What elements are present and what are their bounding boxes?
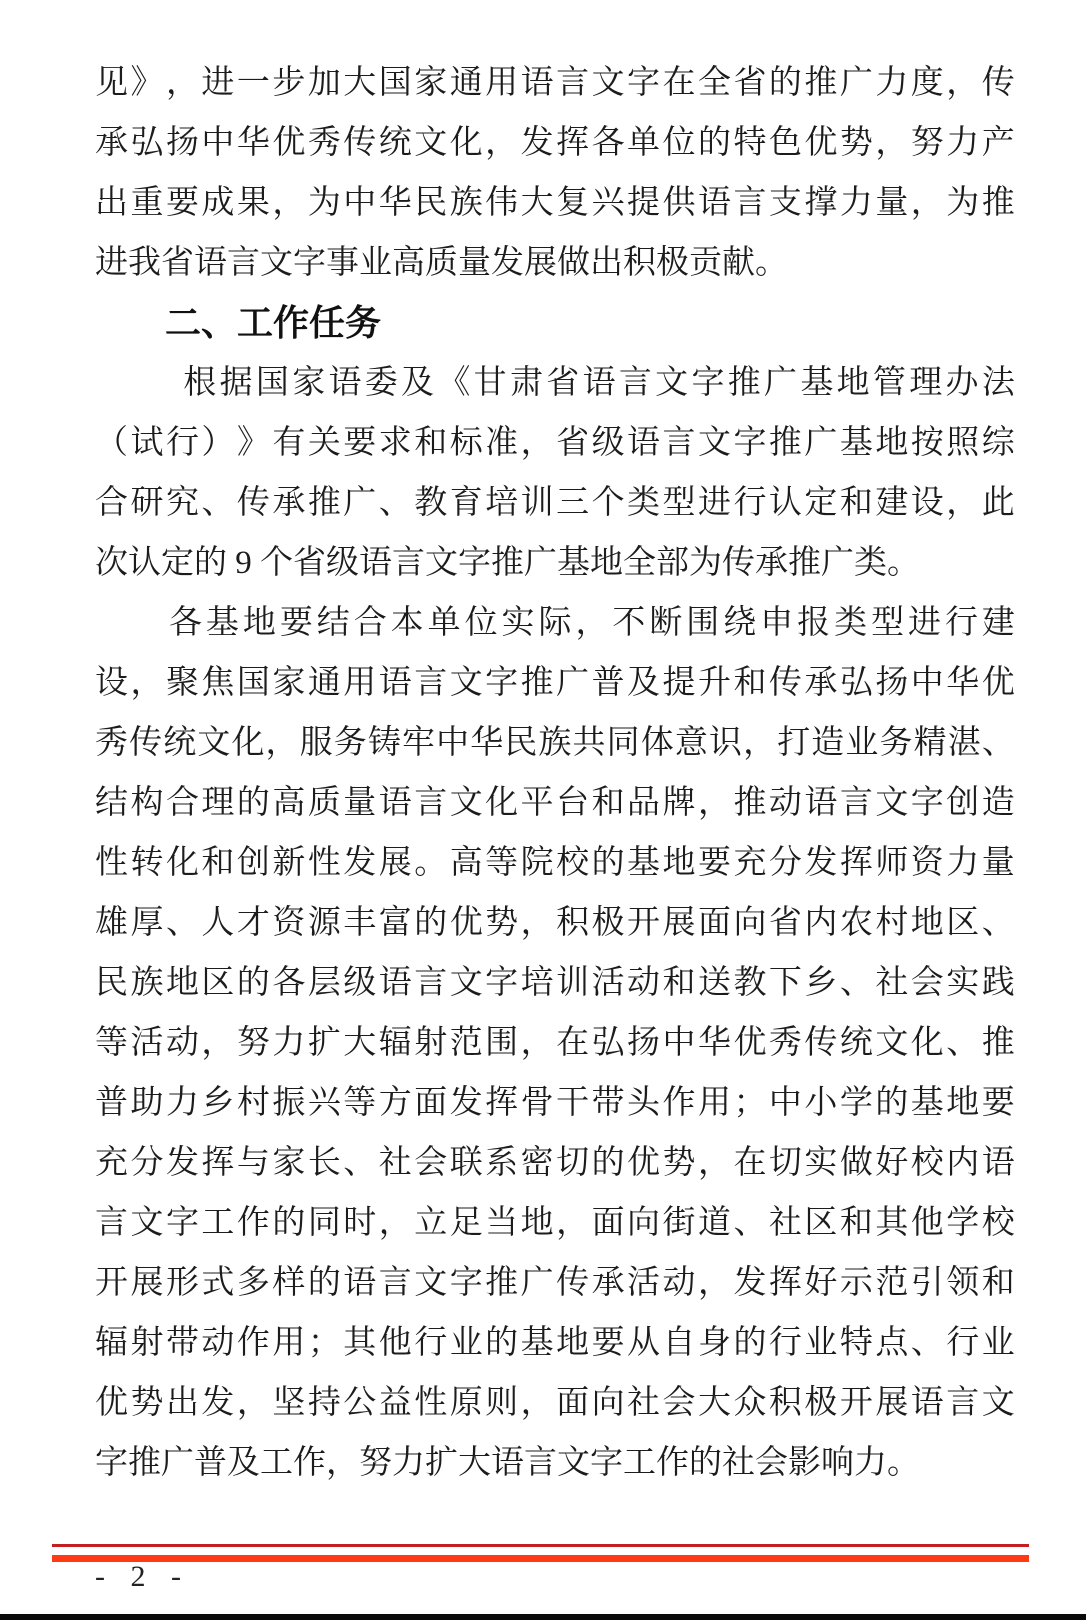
text-block: 见》，进一步加大国家通用语言文字在全省的推广力度，传承弘扬中华优秀传统文化，发挥… — [95, 53, 1015, 1493]
body-text-line: 言文字工作的同时，立足当地，面向街道、社区和其他学校 — [95, 1193, 1015, 1253]
body-text-line: 见》，进一步加大国家通用语言文字在全省的推广力度，传 — [95, 53, 1015, 113]
body-text-line: 性转化和创新性发展。高等院校的基地要充分发挥师资力量 — [95, 833, 1015, 893]
footer-rule-thick — [52, 1555, 1029, 1562]
body-text-line: 普助力乡村振兴等方面发挥骨干带头作用；中小学的基地要 — [95, 1073, 1015, 1133]
section-heading: 二、工作任务 — [95, 293, 1015, 353]
body-text-line: 结构合理的高质量语言文化平台和品牌，推动语言文字创造 — [95, 773, 1015, 833]
page-boundary-bar — [0, 1614, 1086, 1620]
body-text-line: 承弘扬中华优秀传统文化，发挥各单位的特色优势，努力产 — [95, 113, 1015, 173]
body-text-line: （试行）》有关要求和标准，省级语言文字推广基地按照综 — [95, 413, 1015, 473]
page-number: - 2 - — [95, 1560, 186, 1594]
body-text-line: 秀传统文化，服务铸牢中华民族共同体意识，打造业务精湛、 — [95, 713, 1015, 773]
body-text-line: 各基地要结合本单位实际，不断围绕申报类型进行建 — [95, 593, 1015, 653]
body-text-line: 合研究、传承推广、教育培训三个类型进行认定和建设，此 — [95, 473, 1015, 533]
body-text-line: 雄厚、人才资源丰富的优势，积极开展面向省内农村地区、 — [95, 893, 1015, 953]
body-text-line: 字推广普及工作，努力扩大语言文字工作的社会影响力。 — [95, 1433, 1015, 1493]
footer-rule-thin — [52, 1544, 1029, 1547]
body-text-line: 优势出发，坚持公益性原则，面向社会大众积极开展语言文 — [95, 1373, 1015, 1433]
body-text-line: 出重要成果，为中华民族伟大复兴提供语言支撑力量，为推 — [95, 173, 1015, 233]
body-text-line: 开展形式多样的语言文字推广传承活动，发挥好示范引领和 — [95, 1253, 1015, 1313]
body-text-line: 根据国家语委及《甘肃省语言文字推广基地管理办法 — [95, 353, 1015, 413]
body-text-line: 辐射带动作用；其他行业的基地要从自身的行业特点、行业 — [95, 1313, 1015, 1373]
body-text-line: 设，聚焦国家通用语言文字推广普及提升和传承弘扬中华优 — [95, 653, 1015, 713]
body-text-line: 民族地区的各层级语言文字培训活动和送教下乡、社会实践 — [95, 953, 1015, 1013]
document-page: 见》，进一步加大国家通用语言文字在全省的推广力度，传承弘扬中华优秀传统文化，发挥… — [0, 0, 1086, 1623]
body-text-line: 次认定的 9 个省级语言文字推广基地全部为传承推广类。 — [95, 533, 1015, 593]
body-text-line: 等活动，努力扩大辐射范围，在弘扬中华优秀传统文化、推 — [95, 1013, 1015, 1073]
body-text-line: 进我省语言文字事业高质量发展做出积极贡献。 — [95, 233, 1015, 293]
body-text-line: 充分发挥与家长、社会联系密切的优势，在切实做好校内语 — [95, 1133, 1015, 1193]
